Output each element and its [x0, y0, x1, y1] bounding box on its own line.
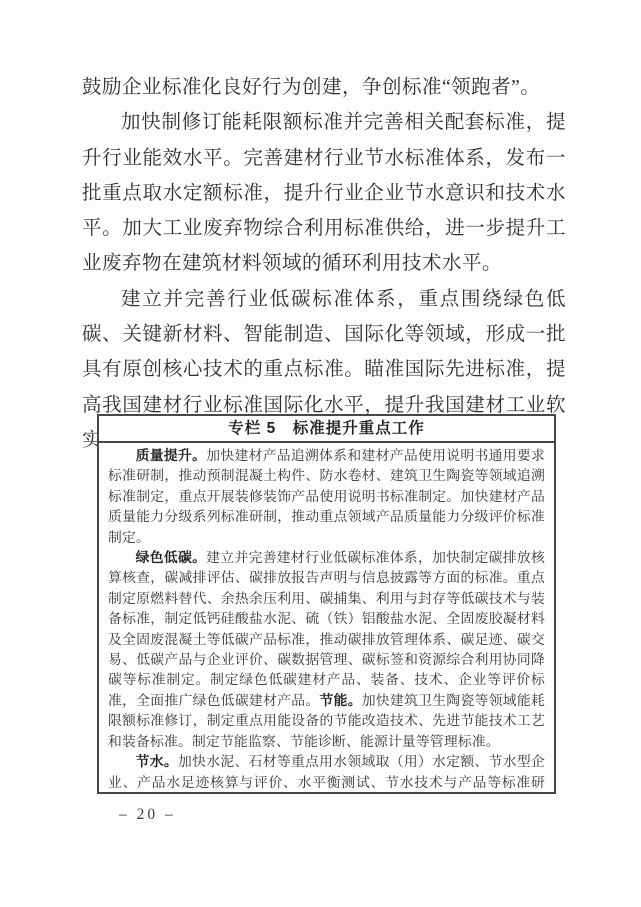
box-paragraph-quality: 质量提升。加快建材产品追溯体系和建材产品使用说明书通用要求标准研制，推动预制混凝… — [108, 446, 545, 548]
box-paragraph-lead: 绿色低碳。 — [136, 550, 207, 565]
callout-box-body: 质量提升。加快建材产品追溯体系和建材产品使用说明书通用要求标准研制，推动预制混凝… — [99, 443, 554, 794]
body-paragraph: 加快制修订能耗限额标准并完善相关配套标准，提升行业能效水平。完善建材行业节水标准… — [82, 105, 566, 281]
box-paragraph-lead: 质量提升。 — [136, 448, 207, 463]
box-paragraph-lead: 节能。 — [320, 693, 362, 708]
box-paragraph-green-lowcarbon: 绿色低碳。建立并完善建材行业低碳标准体系，加快制定碳排放核算核查，碳减排评估、碳… — [108, 548, 545, 752]
page-number: – 20 – — [119, 806, 176, 824]
body-paragraph: 鼓励企业标准化良好行为创建，争创标准“领跑者”。 — [82, 70, 566, 105]
box-paragraph-lead: 节水。 — [136, 754, 178, 769]
box-paragraph-water-saving: 节水。加快水泥、石材等重点用水领域取（用）水定额、节水型企业、产品水足迹核算与评… — [108, 752, 545, 794]
body-text: 鼓励企业标准化良好行为创建，争创标准“领跑者”。 加快制修订能耗限额标准并完善相… — [82, 70, 566, 458]
callout-box-column-5: 专栏 5 标准提升重点工作 质量提升。加快建材产品追溯体系和建材产品使用说明书通… — [97, 414, 556, 794]
box-paragraph-text: 建立并完善建材行业低碳标准体系，加快制定碳排放核算核查，碳减排评估、碳排放报告声… — [108, 550, 545, 708]
document-page: 鼓励企业标准化良好行为创建，争创标准“领跑者”。 加快制修订能耗限额标准并完善相… — [0, 0, 641, 907]
callout-box-title: 专栏 5 标准提升重点工作 — [99, 416, 554, 443]
